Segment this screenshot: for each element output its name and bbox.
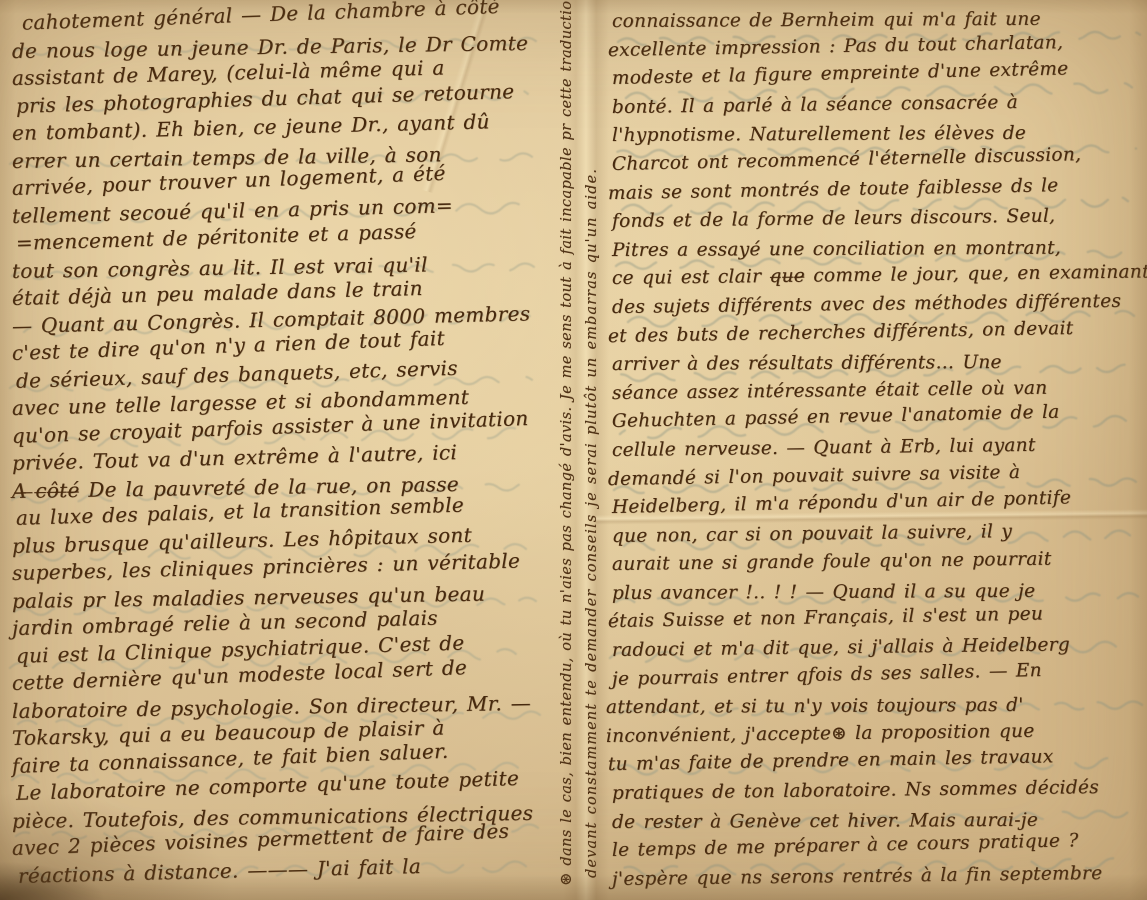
margin-annotation-rotated: ⊛ dans le cas, bien entendu, où tu n'aie… — [552, 14, 610, 886]
handwritten-line: fonds et de la forme de leurs discours. … — [612, 202, 1144, 237]
asterisk-marker: ⊛ — [556, 872, 575, 886]
margin-note-text: dans le cas, bien entendu, où tu n'aies … — [559, 0, 575, 866]
handwritten-line: j'espère que ns serons rentrés à la fin … — [612, 859, 1144, 894]
handwritten-line: bonté. Il a parlé à la séance consacrée … — [612, 87, 1144, 122]
margin-note-line-2: devant constamment te demander conseils … — [579, 14, 606, 886]
handwritten-line: aurait une si grande foule qu'on ne pour… — [612, 545, 1144, 580]
letter-page-left: cahotement général — De la chambre à côt… — [12, 10, 560, 890]
letter-page-right: connaissance de Bernheim qui m'a fait un… — [612, 8, 1144, 894]
letter-scan: cahotement général — De la chambre à côt… — [0, 0, 1147, 900]
handwritten-line: pratiques de ton laboratoire. Ns sommes … — [612, 774, 1144, 809]
margin-note-line-1: ⊛ dans le cas, bien entendu, où tu n'aie… — [552, 14, 579, 886]
